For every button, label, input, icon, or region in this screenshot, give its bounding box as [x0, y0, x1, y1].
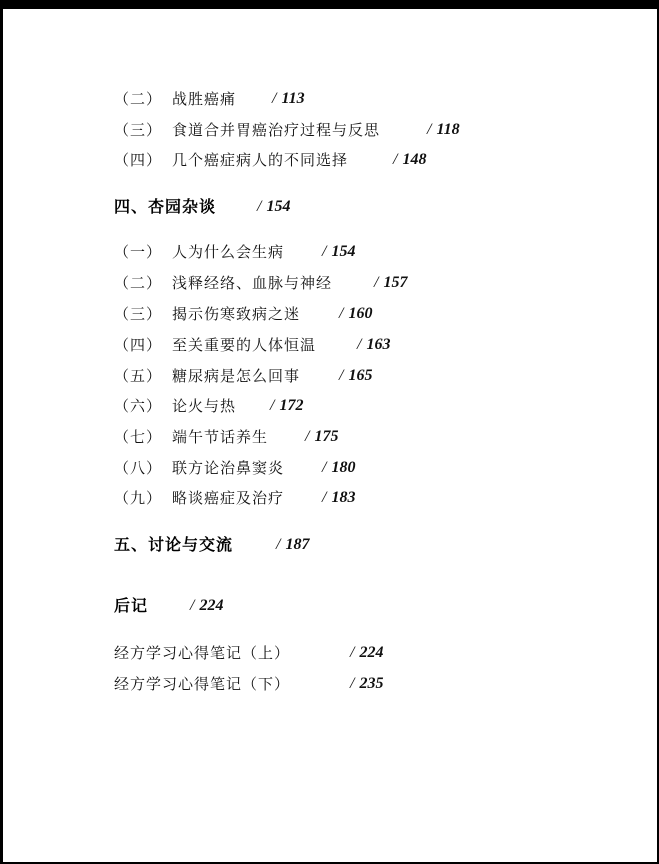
entry-title: 略谈癌症及治疗 [172, 487, 284, 509]
page-reference: /180 [322, 457, 355, 479]
page-number: 154 [266, 198, 290, 215]
entry-number: （九） [114, 487, 162, 509]
toc-section-heading: 后记 /224 [114, 595, 148, 617]
entry-number: （一） [114, 241, 162, 263]
entry-number: （六） [114, 395, 162, 417]
entry-title: 浅释经络、血脉与神经 [172, 272, 332, 294]
toc-entry: （七）端午节话养生 /175 [114, 426, 268, 448]
page-reference: /172 [270, 395, 303, 417]
page-number: 113 [281, 90, 304, 107]
entry-title: 糖尿病是怎么回事 [172, 365, 300, 387]
entry-title: 经方学习心得笔记（上） [114, 642, 290, 664]
page-reference: /160 [339, 303, 372, 325]
entry-number: （二） [114, 272, 162, 294]
section-title: 四、杏园杂谈 [114, 196, 216, 218]
toc-entry: （九）略谈癌症及治疗 /183 [114, 487, 284, 509]
page-number: 148 [402, 151, 426, 168]
entry-title: 至关重要的人体恒温 [172, 334, 316, 356]
page-reference: /113 [272, 88, 305, 110]
page-number: 175 [314, 428, 338, 445]
toc-entry: （二）浅释经络、血脉与神经 /157 [114, 272, 332, 294]
section-title: 五、讨论与交流 [114, 534, 233, 556]
entry-title: 几个癌症病人的不同选择 [172, 149, 348, 171]
entry-number: （八） [114, 457, 162, 479]
page-reference: /224 [190, 595, 223, 617]
entry-title: 联方论治鼻窦炎 [172, 457, 284, 479]
page-reference: /154 [257, 196, 290, 218]
page-reference: /175 [305, 426, 338, 448]
page-reference: /163 [357, 334, 390, 356]
page-reference: /235 [350, 673, 383, 695]
page-reference: /165 [339, 365, 372, 387]
entry-number: （四） [114, 149, 162, 171]
page-number: 165 [348, 367, 372, 384]
entry-title: 战胜癌痛 [172, 88, 236, 110]
page-number: 172 [279, 397, 303, 414]
page-number: 183 [331, 489, 355, 506]
document-page: （二）战胜癌痛 /113 （三）食道合并胃癌治疗过程与反思 /118 （四）几个… [3, 9, 657, 862]
toc-section-heading: 五、讨论与交流 /187 [114, 534, 233, 556]
page-reference: /118 [427, 119, 460, 141]
toc-entry: （四）几个癌症病人的不同选择 /148 [114, 149, 348, 171]
toc-entry: （三）揭示伤寒致病之迷 /160 [114, 303, 300, 325]
entry-number: （二） [114, 88, 162, 110]
entry-title: 端午节话养生 [172, 426, 268, 448]
toc-section-heading: 四、杏园杂谈 /154 [114, 196, 216, 218]
section-title: 后记 [114, 595, 148, 617]
page-reference: /224 [350, 642, 383, 664]
page-number: 180 [331, 459, 355, 476]
page-number: 224 [199, 597, 223, 614]
page-number: 160 [348, 305, 372, 322]
page-number: 154 [331, 243, 355, 260]
toc-entry: （六）论火与热 /172 [114, 395, 236, 417]
toc-entry: 经方学习心得笔记（上） /224 [114, 642, 290, 664]
page-number: 235 [359, 675, 383, 692]
page-number: 157 [383, 274, 407, 291]
toc-entry: （五）糖尿病是怎么回事 /165 [114, 365, 300, 387]
page-number: 187 [285, 536, 309, 553]
page-number: 224 [359, 644, 383, 661]
page-number: 163 [366, 336, 390, 353]
toc-entry: （一）人为什么会生病 /154 [114, 241, 284, 263]
entry-number: （三） [114, 303, 162, 325]
entry-number: （五） [114, 365, 162, 387]
toc-entry: 经方学习心得笔记（下） /235 [114, 673, 290, 695]
entry-number: （三） [114, 119, 162, 141]
toc-entry: （三）食道合并胃癌治疗过程与反思 /118 [114, 119, 380, 141]
page-reference: /157 [374, 272, 407, 294]
page-reference: /148 [393, 149, 426, 171]
entry-number: （四） [114, 334, 162, 356]
entry-title: 揭示伤寒致病之迷 [172, 303, 300, 325]
page-reference: /187 [276, 534, 309, 556]
toc-entry: （四）至关重要的人体恒温 /163 [114, 334, 316, 356]
entry-title: 论火与热 [172, 395, 236, 417]
entry-title: 食道合并胃癌治疗过程与反思 [172, 119, 380, 141]
page-reference: /183 [322, 487, 355, 509]
entry-number: （七） [114, 426, 162, 448]
page-number: 118 [436, 121, 459, 138]
page-reference: /154 [322, 241, 355, 263]
toc-entry: （二）战胜癌痛 /113 [114, 88, 236, 110]
toc-entry: （八）联方论治鼻窦炎 /180 [114, 457, 284, 479]
entry-title: 人为什么会生病 [172, 241, 284, 263]
entry-title: 经方学习心得笔记（下） [114, 673, 290, 695]
